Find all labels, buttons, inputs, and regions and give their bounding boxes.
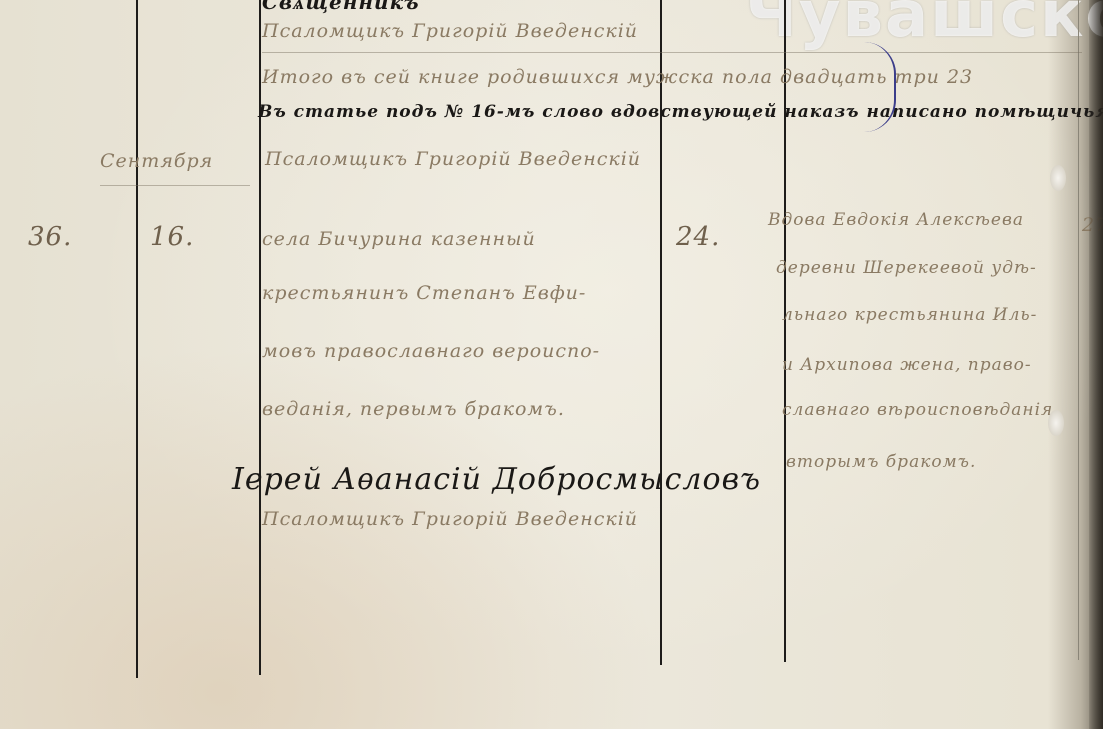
column-rule-3 bbox=[660, 0, 662, 665]
psalmist-line: Псаломщикъ Григорій Введенскій bbox=[265, 148, 641, 170]
groom-age: 24. bbox=[676, 222, 720, 252]
bride-line-1: Вдова Евдокія Алексѣева bbox=[768, 210, 1024, 230]
groom-line-1: села Бичурина казенный bbox=[262, 228, 536, 250]
watermark: Чувашской bbox=[745, 0, 1103, 52]
entry-number: 36. bbox=[28, 222, 72, 252]
correction-note: Въ статье подъ № 16-мъ слово вдовствующе… bbox=[258, 102, 1103, 122]
underline-rule bbox=[262, 52, 1082, 53]
priest-signature: Iерей Аѳанасій Добросмысловъ bbox=[232, 462, 761, 497]
page-edge-shadow bbox=[1089, 0, 1103, 729]
bride-line-3: льнаго крестьянина Иль- bbox=[782, 305, 1037, 325]
bride-line-2: деревни Шерекеевой удѣ- bbox=[776, 258, 1037, 278]
column-rule-5 bbox=[1078, 0, 1079, 660]
groom-line-3: мовъ православнаго вероиспо- bbox=[262, 340, 600, 362]
groom-line-2: крестьянинъ Степанъ Евфи- bbox=[262, 282, 586, 304]
bride-line-6: вторымъ бракомъ. bbox=[786, 452, 976, 472]
groom-line-4: веданія, первымъ бракомъ. bbox=[262, 398, 565, 420]
column-rule-4 bbox=[784, 0, 786, 662]
month-underline bbox=[100, 185, 250, 186]
psalmist-signature-top: Псаломщикъ Григорій Введенскій bbox=[262, 20, 638, 42]
column-rule-1 bbox=[136, 0, 138, 678]
header-fragment: Свѧщенникъ bbox=[262, 0, 420, 15]
bride-line-5: славнаго вѣроисповѣданія bbox=[782, 400, 1053, 420]
paper-stain bbox=[1050, 165, 1066, 191]
psalmist-signature: Псаломщикъ Григорій Введенскій bbox=[262, 508, 638, 530]
register-page: Чувашской Свѧщенникъ Псаломщикъ Григорій… bbox=[0, 0, 1103, 729]
paper-stain bbox=[1048, 410, 1064, 436]
entry-day: 16. bbox=[150, 222, 194, 252]
month-label: Сентября bbox=[100, 150, 213, 172]
bride-line-4: и Архипова жена, право- bbox=[782, 355, 1032, 375]
